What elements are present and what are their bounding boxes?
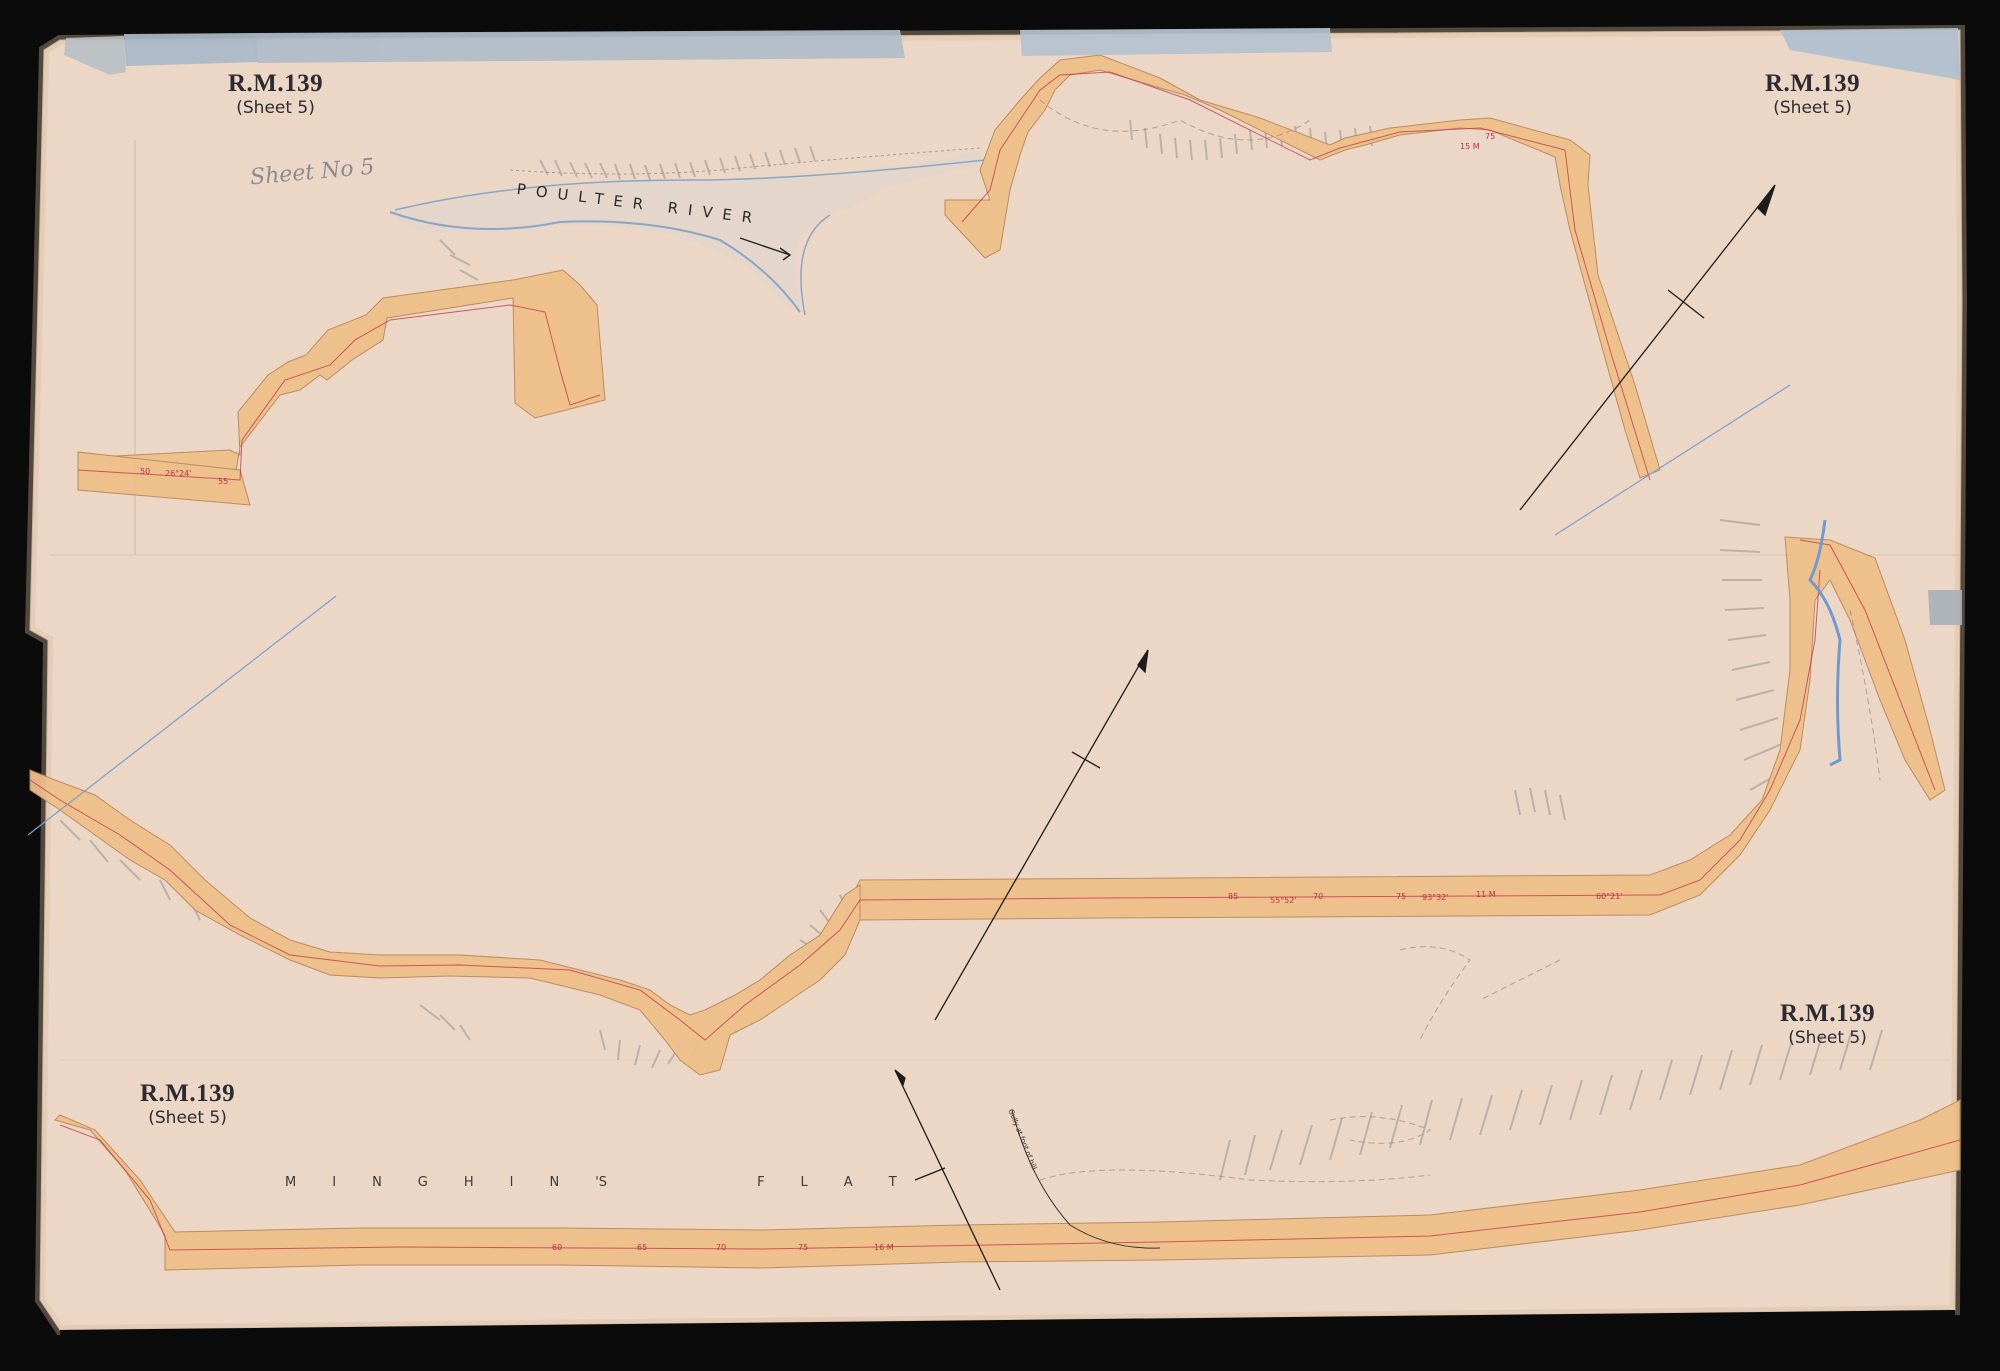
sheet-label-bottom-left: R.M.139 (Sheet 5)	[140, 1080, 235, 1128]
station-label: 93°32'	[1422, 893, 1449, 902]
station-label: 70	[1313, 892, 1323, 901]
sheet-label-mid-right: R.M.139 (Sheet 5)	[1780, 1000, 1875, 1048]
station-label: 65	[637, 1243, 647, 1252]
sheet-label-top-right: R.M.139 (Sheet 5)	[1765, 70, 1860, 118]
station-label: 50	[140, 467, 150, 476]
sheet-number: (Sheet 5)	[228, 98, 323, 118]
station-label: 85	[1228, 892, 1238, 901]
station-label: 75	[1396, 892, 1406, 901]
sheet-label-top-left: R.M.139 (Sheet 5)	[228, 70, 323, 118]
map-scan: R.M.139 (Sheet 5) R.M.139 (Sheet 5) R.M.…	[0, 0, 2000, 1371]
station-label: 75	[798, 1243, 808, 1252]
station-label: 75	[1485, 132, 1495, 141]
station-label: 11 M	[1476, 890, 1496, 899]
sheet-title: R.M.139	[1765, 70, 1860, 98]
station-label: 26°24'	[165, 469, 192, 478]
station-label: 60	[552, 1243, 562, 1252]
sheet-number: (Sheet 5)	[140, 1108, 235, 1128]
sheet-title: R.M.139	[228, 70, 323, 98]
place-label-minchins-flat: MINGHIN'SFLAT	[285, 1175, 897, 1190]
sheet-title: R.M.139	[1780, 1000, 1875, 1028]
station-label: 60°21'	[1596, 892, 1623, 901]
survey-sheet	[0, 0, 2000, 1371]
station-label: 70	[716, 1243, 726, 1252]
station-label: 15 M	[1460, 142, 1480, 151]
sheet-number: (Sheet 5)	[1780, 1028, 1875, 1048]
sheet-title: R.M.139	[140, 1080, 235, 1108]
station-label: 55°52'	[1270, 896, 1297, 905]
station-label: 16 M	[874, 1243, 894, 1252]
station-label: 55	[218, 477, 228, 486]
sheet-number: (Sheet 5)	[1765, 98, 1860, 118]
